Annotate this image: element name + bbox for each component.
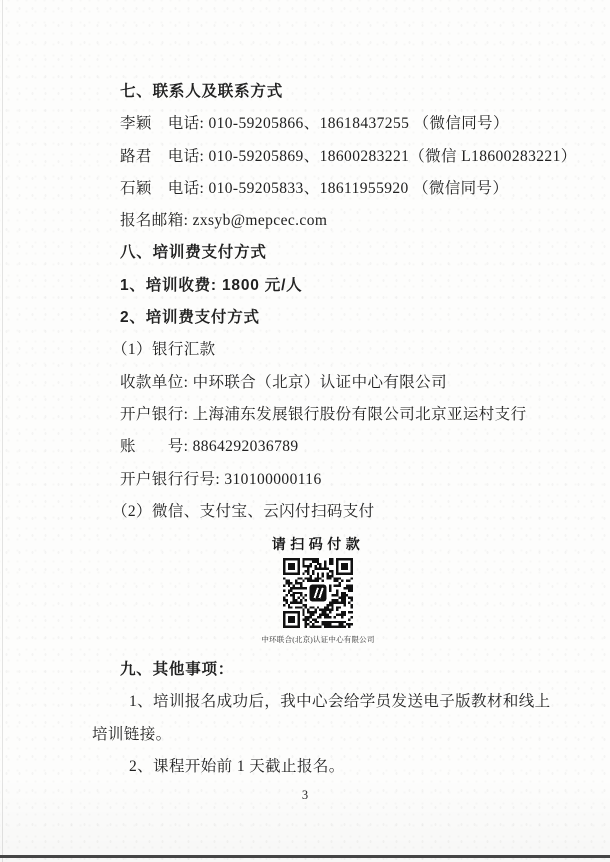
qr-payment-block: 请扫码付款 中环联合(北京)认证中心有限公司 — [218, 528, 418, 645]
payment-qr-code — [283, 558, 353, 628]
registration-email-line: 报名邮箱: zxsyb@mepcec.com — [92, 205, 562, 237]
other-item1-line1: 1、培训报名成功后，我中心会给学员发送电子版教材和线上 — [92, 686, 562, 718]
other-section-heading: 九、其他事项： — [92, 654, 562, 686]
bank-transfer-heading: （1）银行汇款 — [92, 334, 562, 366]
page-number: 3 — [0, 788, 610, 802]
contact-section-heading: 七、联系人及联系方式 — [92, 76, 562, 108]
document-body-lower: 九、其他事项： 1、培训报名成功后，我中心会给学员发送电子版教材和线上 培训链接… — [92, 654, 562, 783]
qr-caption: 中环联合(北京)认证中心有限公司 — [218, 635, 418, 645]
contact-line-shiying: 石颖 电话: 010-59205833、18611955920 （微信同号） — [92, 173, 562, 205]
other-item2-line: 2、课程开始前 1 天截止报名。 — [92, 751, 562, 783]
training-fee-line: 1、培训收费: 1800 元/人 — [92, 270, 562, 302]
contact-line-liying: 李颖 电话: 010-59205866、18618437255 （微信同号） — [92, 108, 562, 140]
payment-method-heading: 2、培训费支付方式 — [92, 302, 562, 334]
document-body-upper: 七、联系人及联系方式 李颖 电话: 010-59205866、186184372… — [92, 76, 562, 528]
scan-left-edge-line — [2, 0, 3, 862]
account-number-line: 账 号: 8864292036789 — [92, 431, 562, 463]
bank-name-line: 开户银行: 上海浦东发展银行股份有限公司北京亚运村支行 — [92, 399, 562, 431]
payment-section-heading: 八、培训费支付方式 — [92, 237, 562, 269]
contact-line-lujun: 路君 电话: 010-59205869、18600283221（微信 L1860… — [92, 141, 562, 173]
qr-title: 请扫码付款 — [218, 534, 418, 554]
document-page: 七、联系人及联系方式 李颖 电话: 010-59205866、186184372… — [0, 0, 610, 862]
scan-bottom-edge-line — [0, 855, 610, 858]
other-item1-line2: 培训链接。 — [92, 719, 562, 751]
scan-pay-heading: （2）微信、支付宝、云闪付扫码支付 — [92, 496, 562, 528]
payee-line: 收款单位: 中环联合（北京）认证中心有限公司 — [92, 367, 562, 399]
bank-code-line: 开户银行行号: 310100000116 — [92, 464, 562, 496]
